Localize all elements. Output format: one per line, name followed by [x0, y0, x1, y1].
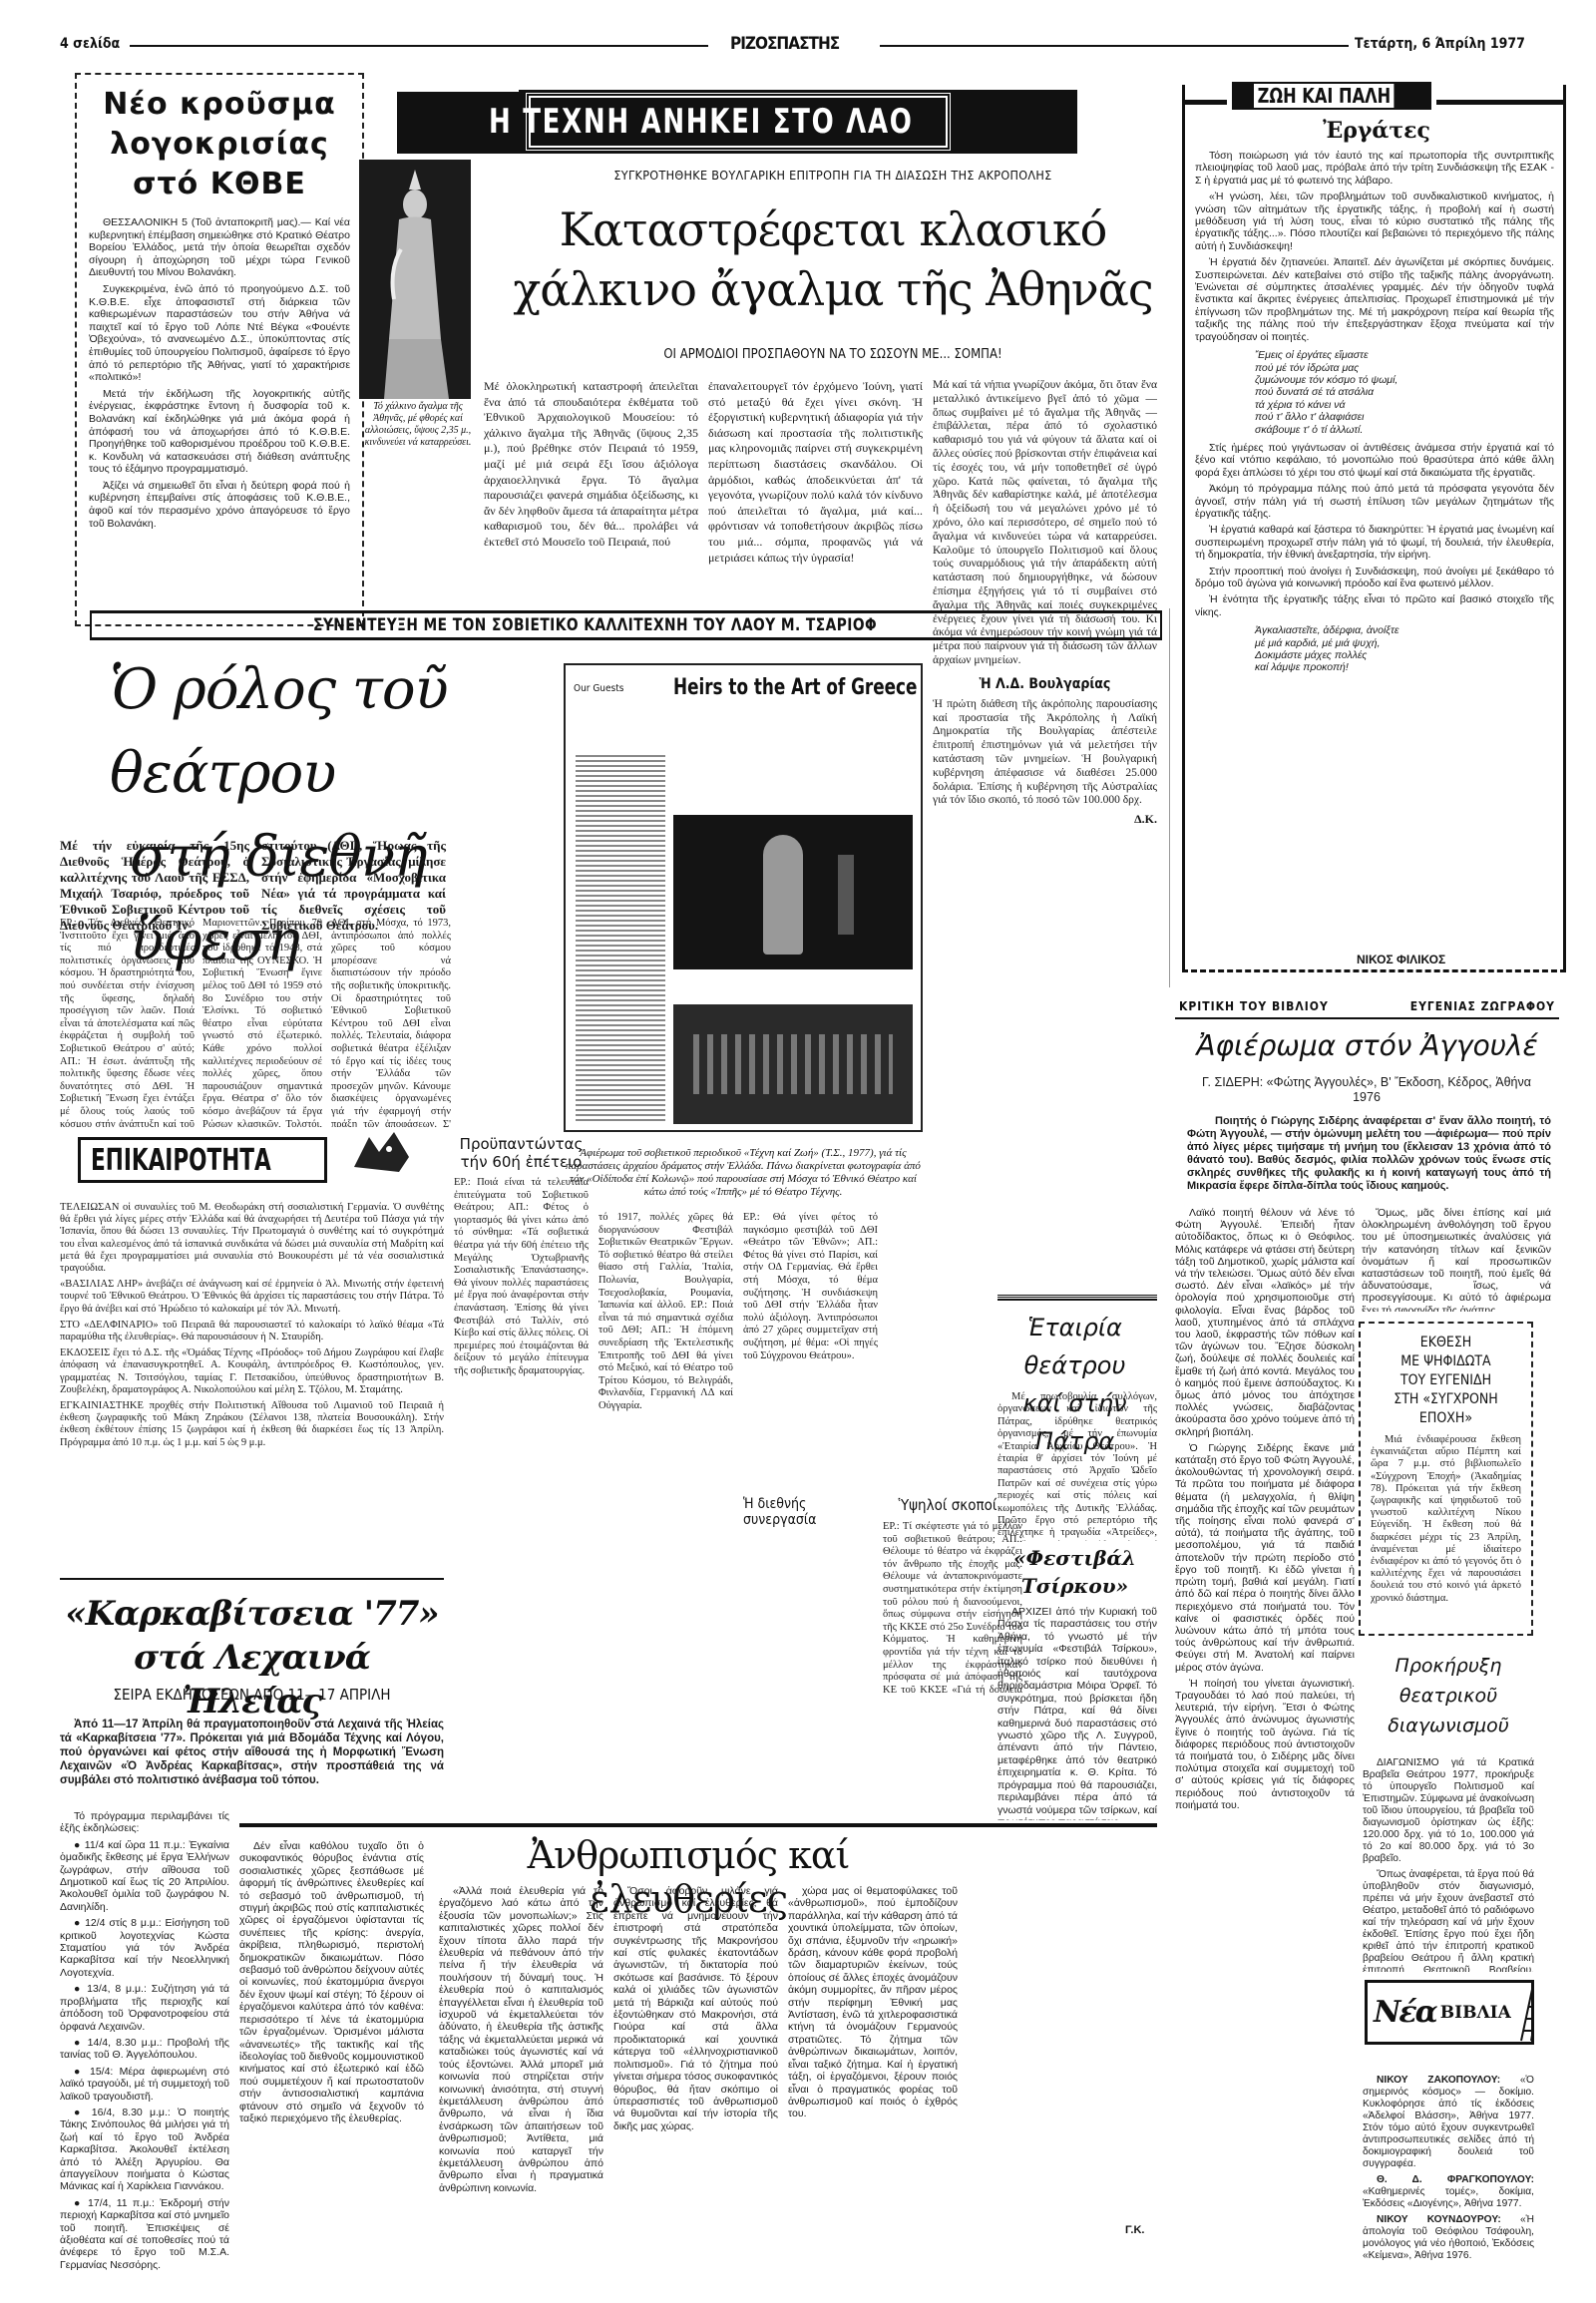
event-item: ● 11/4 καί ὥρα 11 π.μ.: Ἐγκαίνια ὁμαδικῆ… [60, 1839, 229, 1913]
theatre-qa-60: ΕΡ.: Ποιά εἶναι τά τελευταῖα ἐπιτεύγματα… [454, 1177, 589, 1696]
issue-date: Τετάρτη, 6 Άπρίλη 1977 [1355, 36, 1525, 52]
magazine-spread-photo: Our Guests Heirs to the Art of Greece [564, 663, 923, 1132]
theatre-col-a: ΕΡ.: Τό Διεθνές Θεατρικό Ἰνστιτοῦτο ἔχει… [60, 918, 195, 1127]
new-book-entry: ΝΙΚΟΥ ΚΟΥΝΔΟΥΡΟΥ: «Ἡ ἀπολογία τοῦ Θεόφιλ… [1363, 2214, 1534, 2262]
humanism-col-4: χώρα μας οἱ θεματοφύλακες τοῦ «ἀνθρωπισμ… [788, 1885, 958, 2279]
theatre-subhead-goals: Ὑψηλοί σκοποί [878, 1496, 1017, 1514]
event-item: ● 16/4, 8.30 μ.μ.: Ὁ ποιητής Τάκης Σινόπ… [60, 2107, 229, 2193]
theatre-company-body: Μέ πρωτοβουλία συλλόγων, ὀργανώσεων καί … [997, 1391, 1157, 1541]
exhibition-body: Μιά ἐνδιαφέρουσα ἔκθεση ἐγκαινιάζεται αὔ… [1371, 1434, 1521, 1605]
karkavitseia-subhead: ΣΕΙΡΑ ΕΚΔΗΛΩΣΕΩΝ ΑΠΟ 11—17 ΑΠΡΙΛΗ [60, 1686, 444, 1704]
masthead-rule-right [880, 45, 1349, 47]
humanism-col-3: Ὅσοι ἀφοροῦν μιλάνε γιά ἀνθρωπισμό καί ἐ… [613, 1885, 778, 2289]
event-item: ● 12/4 στίς 8 μ.μ.: Εἰσήγηση τοῦ κριτικο… [60, 1917, 229, 1979]
life-struggle-rule-left [1182, 100, 1227, 105]
new-books-logo: Νέα ΒΙΒΛΙΑ [1365, 1980, 1534, 2045]
statue-figure-icon [359, 160, 471, 399]
ladder-icon [1513, 1983, 1531, 2043]
theatre-col-b: Μαριονεττῶν. Περίπου 70 χῶρες εἶναι μέλη… [202, 918, 322, 1127]
book-review-section-bar: ΚΡΙΤΙΚΗ ΤΟΥ ΒΙΒΛΙΟΥ ΕΥΓΕΝΙΑΣ ΖΩΓΡΑΦΟΥ [1175, 993, 1559, 1019]
athena-subhead: ΟΙ ΑΡΜΟΔΙΟΙ ΠΡΟΣΠΑΘΟΥΝ ΝΑ ΤΟ ΣΩΣΟΥΝ ΜΕ..… [484, 347, 1182, 362]
new-books-script: Νέα [1374, 1995, 1436, 2030]
book-review-info: Γ. ΣΙΔΕΡΗ: «Φώτης Ἀγγουλές», Β' Ἔκδοση, … [1192, 1075, 1541, 1105]
page-label: 4 σελίδα [60, 36, 120, 52]
humanism-col-1: Δέν εἶναι καθόλου τυχαῖο ὅτι ὁ συκοφαντι… [239, 1840, 424, 2289]
theatre-col-e: ΕΡ.: Θά γίνει φέτος τό παγκόσμιο φεστιβά… [743, 1212, 878, 1691]
humanism-col-2: «Ἀλλά ποιά ἐλευθερία γιά τό ἐργαζόμενο λ… [439, 1885, 603, 2289]
censorship-body: ΘΕΣΣΑΛΟΝΙΚΗ 5 (Τοῦ ἀνταποκριτῆ μας).— Κα… [89, 216, 350, 530]
column-divider [1169, 608, 1170, 987]
book-review-byline: Γ.Κ. [1125, 2224, 1144, 2236]
exhibition-box: ΕΚΘΕΣΗ ΜΕ ΨΗΦΙΔΩΤΑ ΤΟΥ ΕΥΓΕΝΙΔΗ ΣΤΗ «ΣΥΓ… [1359, 1322, 1533, 1636]
competition-headline: Προκήρυξη θεατρικοῦ διαγωνισμοῦ [1359, 1651, 1538, 1740]
new-books-label: ΒΙΒΛΙΑ [1440, 2003, 1511, 2023]
theatre-col-d: τό 1917, πολλές χῶρες θά διοργανώσουν Φε… [598, 1212, 733, 1691]
poem-1: Ἔμεις οἱ ἐργάτες εἴμαστε πού μέ τόν ἱδρώ… [1255, 349, 1554, 436]
karkavitseia-lead: Ἀπό 11—17 Ἀπρίλη θά πραγματοποιηθοῦν στά… [60, 1718, 444, 1787]
magazine-photo-caption: Ἀφιέρωμα τοῦ σοβιετικοῦ περιοδικοῦ «Τέχν… [559, 1147, 928, 1199]
book-review-col-2: Ὅμως, μᾶς δίνει ἐπίσης καί μιά ὁλοκληρωμ… [1362, 1207, 1551, 1312]
censorship-headline: Νέο κροῦσμα λογοκρισίας στό ΚΘΒΕ [89, 85, 350, 204]
theatre-subhead-60: Προϋπαντώντας τήν 60ή ἐπέτειο [454, 1135, 589, 1171]
new-book-entry: Θ. Δ. ΦΡΑΓΚΟΠΟΥΛΟΥ: «Καθημερινές τομές»,… [1363, 2174, 1534, 2210]
karkavitseia-top-rule [60, 1578, 444, 1580]
magazine-kicker: Our Guests [574, 683, 623, 694]
theatre-col-c: ΔΘΙ, στή Μόσχα, τό 1973, ἀντιπρόσωποι ἀπ… [331, 918, 451, 1127]
life-struggle-byline: ΝΙΚΟΣ ΦΙΛΙΚΟΣ [1357, 953, 1445, 966]
paper-name: ΡΙΖΟΣΠΑΣΤΗΣ [730, 34, 839, 54]
epikairotita-banner: ΕΠΙΚΑΙΡΟΤΗΤΑ [78, 1137, 327, 1183]
censorship-article: Νέο κροῦσμα λογοκρισίας στό ΚΘΒΕ ΘΕΣΣΑΛΟ… [75, 73, 364, 626]
new-books-list: ΝΙΚΟΥ ΖΑΚΟΠΟΥΛΟΥ: «Ὁ σημερινός κόσμος» —… [1363, 2075, 1534, 2299]
athena-headline: Καταστρέφεται κλασικό χάλκινο ἄγαλμα τῆς… [479, 199, 1187, 319]
theatre-company-top-rule [997, 1295, 1157, 1301]
humanism-col-4-top [963, 1840, 1152, 2289]
magazine-title: Heirs to the Art of Greece [673, 675, 917, 700]
athena-photo-caption: Τό χάλκινο ἄγαλμα τῆς Ἀθηνᾶς, μέ φθορές … [359, 401, 477, 449]
exhibition-headline: ΕΚΘΕΣΗ ΜΕ ΨΗΦΙΔΩΤΑ ΤΟΥ ΕΥΓΕΝΙΔΗ ΣΤΗ «ΣΥΓ… [1371, 1334, 1521, 1428]
athena-col-3-block: Μά καί τά νήπια γνωρίζουν ἀκόμα, ὅτι ὅτα… [933, 379, 1157, 1386]
athena-col-1: Μέ ὁλοκληρωτική καταστροφή ἀπειλεῖται ἕν… [484, 379, 698, 588]
epikairotita-fox-icon [349, 1127, 419, 1177]
athena-statue-photo [359, 160, 471, 399]
book-review-lead: Ποιητής ὁ Γιώργης Σιδέρης ἀναφέρεται σ' … [1187, 1115, 1551, 1193]
life-struggle-banner: ΖΩΗ ΚΑΙ ΠΑΛΗ [1232, 82, 1431, 110]
masthead-rule-left [130, 45, 708, 47]
magazine-photo-lower [673, 1004, 913, 1124]
new-book-entry: ΝΙΚΟΥ ΖΑΚΟΠΟΥΛΟΥ: «Ὁ σημερινός κόσμος» —… [1363, 2075, 1534, 2170]
interview-banner: ΣΥΝΕΝΤΕΥΞΗ ΜΕ ΤΟΝ ΣΟΒΙΕΤΙΚΟ ΚΑΛΛΙΤΕΧΝΗ Τ… [90, 610, 1162, 640]
karkavitseia-program: Τό πρόγραμμα περιλαμβάνει τίς ἑξῆς ἐκδηλ… [60, 1810, 229, 2289]
event-item: ● 13/4, 8 μ.μ.: Συζήτηση γιά τά προβλήμα… [60, 1983, 229, 2033]
poem-2: Ἀγκαλιαστεῖτε, ἀδέρφια, ἀνοίξτε μέ μιά κ… [1255, 624, 1554, 674]
magazine-text-column [576, 755, 665, 1124]
event-item: ● 15/4: Μέρα ἀφιερωμένη στό λαϊκό τραγού… [60, 2066, 229, 2103]
karkavitseia-headline: «Καρκαβίτσεια '77» στά Λεχαινά Ἠλείας [60, 1592, 444, 1724]
event-item: ● 17/4, 11 π.μ.: Ἐκδρομή στήν περιοχή Κα… [60, 2197, 229, 2271]
magazine-photo-upper [673, 815, 913, 969]
athena-kicker: ΣΥΓΚΡΟΤΗΘΗΚΕ ΒΟΥΛΓΑΡΙΚΗ ΕΠΙΤΡΟΠΗ ΓΙΑ ΤΗ … [484, 168, 1182, 183]
circus-body: ΑΡΧΙΖΕΙ ἀπό τήν Κυριακή τοῦ Πάσχα τίς πα… [997, 1606, 1157, 1820]
athena-byline: Δ.Κ. [933, 812, 1157, 827]
masthead: 4 σελίδα ΡΙΖΟΣΠΑΣΤΗΣ Τετάρτη, 6 Άπρίλη 1… [60, 34, 1556, 58]
art-belongs-banner-frame: Η ΤΕΧΝΗ ΑΝΗΚΕΙ ΣΤΟ ΛΑΟ [529, 96, 948, 148]
book-review-col-1: Λαϊκό ποιητή θέλουν νά λένε τό Φώτη Ἀγγο… [1175, 1207, 1355, 2214]
athena-col-2: ἐπαναλειτουργεῖ τόν ἐρχόμενο Ἰούνη, γιατ… [708, 379, 923, 588]
life-struggle-headline: Ἐργάτες [1187, 118, 1566, 144]
book-review-headline: Ἀφιέρωμα στόν Ἀγγουλέ [1175, 1029, 1559, 1062]
circus-headline: «Φεστιβάλ Τσίρκου» [993, 1544, 1157, 1600]
humanism-top-rule [239, 1823, 1157, 1827]
life-struggle-body: Τόση ποιώρωση γιά τόν ἑαυτό της καί πρωτ… [1195, 150, 1554, 967]
event-item: ● 14/4, 8.30 μ.μ.: Προβολή τῆς ταινίας τ… [60, 2037, 229, 2062]
life-struggle-rule-right [1436, 100, 1566, 105]
epikairotita-body: ΤΕΛΕΙΩΣΑΝ οἱ συναυλίες τοῦ Μ. Θεοδωράκη … [60, 1202, 444, 1631]
competition-body: ΔΙΑΓΩΝΙΣΜΟ γιά τά Κρατικά Βραβεῖα Θεάτρο… [1363, 1757, 1534, 1972]
